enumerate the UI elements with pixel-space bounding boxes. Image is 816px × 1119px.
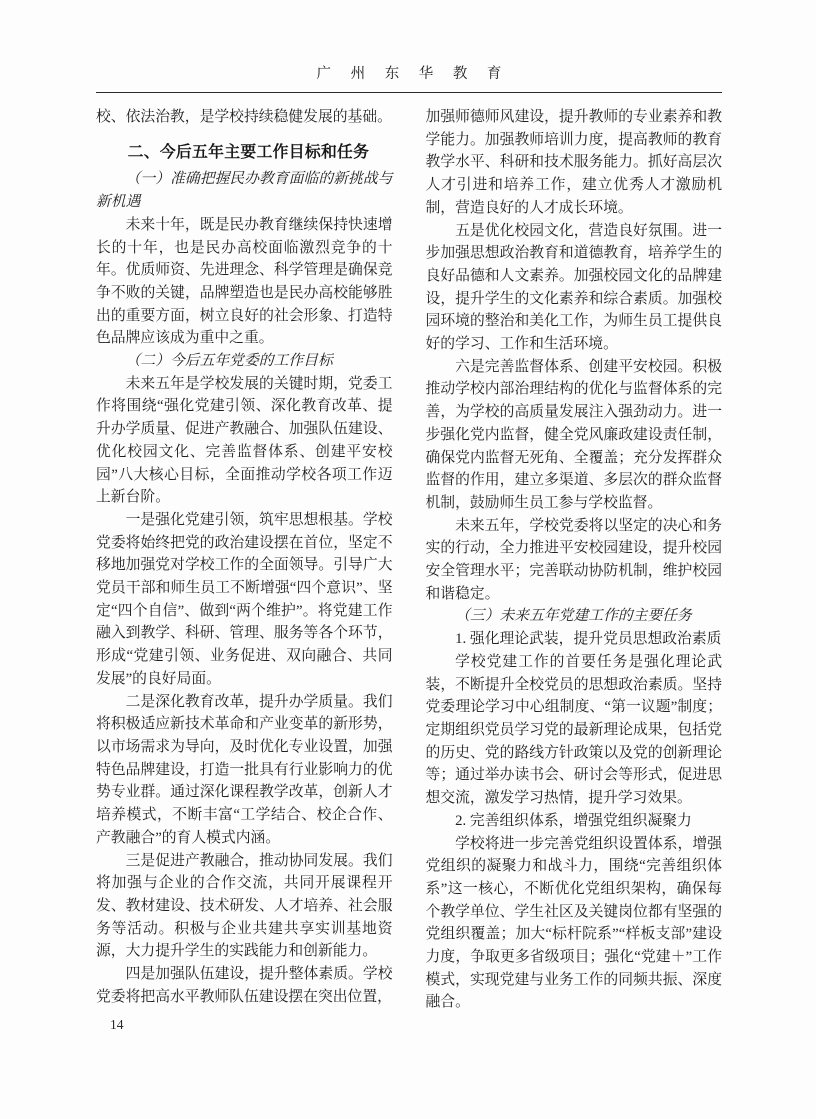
body-paragraph: 未来五年是学校发展的关键时期，党委工作将围绕“强化党建引领、深化教育改革、提升办… xyxy=(96,373,393,509)
numbered-item-heading: 2. 完善组织体系，增强党组织凝聚力 xyxy=(426,810,723,833)
page-header: 广 州 东 华 教 育 xyxy=(96,62,722,93)
subsection-heading: （二）今后五年党委的工作目标 xyxy=(96,350,393,373)
body-paragraph: 学校将进一步完善党组织设置体系，增强党组织的凝聚力和战斗力，围绕“完善组织体系”… xyxy=(426,833,723,1015)
section-heading: 二、今后五年主要工作目标和任务 xyxy=(96,142,393,165)
body-paragraph: 四是加强队伍建设，提升整体素质。学校党委将把高水平教师队伍建设摆在突出位置， xyxy=(96,963,393,1008)
document-page: 广 州 东 华 教 育 校、依法治教，是学校持续稳健发展的基础。 二、今后五年主… xyxy=(0,0,816,1119)
body-paragraph: 一是强化党建引领，筑牢思想根基。学校党委将始终把党的政治建设摆在首位，坚定不移地… xyxy=(96,509,393,691)
subsection-heading: （三）未来五年党建工作的主要任务 xyxy=(426,605,723,628)
subsection-heading: （一）准确把握民办教育面临的新挑战与新机遇 xyxy=(96,168,393,213)
paragraph-continuation: 校、依法治教，是学校持续稳健发展的基础。 xyxy=(96,106,393,129)
right-column: 加强师德师风建设，提升教师的专业素养和教学能力。加强教师培训力度，提高教师的教育… xyxy=(426,106,723,1014)
body-paragraph: 未来十年，既是民办教育继续保持快速增长的十年，也是民办高校面临激烈竞争的十年。优… xyxy=(96,214,393,350)
page-header-title: 广 州 东 华 教 育 xyxy=(96,62,722,83)
body-paragraph: 六是完善监督体系、创建平安校园。积极推动学校内部治理结构的优化与监督体系的完善，… xyxy=(426,356,723,515)
body-paragraph: 未来五年，学校党委将以坚定的决心和务实的行动，全力推进平安校园建设，提升校园安全… xyxy=(426,515,723,606)
left-column: 校、依法治教，是学校持续稳健发展的基础。 二、今后五年主要工作目标和任务 （一）… xyxy=(96,106,393,1014)
body-paragraph: 三是促进产教融合，推动协同发展。我们将加强与企业的合作交流，共同开展课程开发、教… xyxy=(96,850,393,964)
body-paragraph: 学校党建工作的首要任务是强化理论武装，不断提升全校党员的思想政治素质。坚持党委理… xyxy=(426,651,723,810)
numbered-item-heading: 1. 强化理论武装，提升党员思想政治素质 xyxy=(426,628,723,651)
page-number: 14 xyxy=(110,1017,124,1033)
header-rule xyxy=(96,92,722,93)
paragraph-continuation: 加强师德师风建设，提升教师的专业素养和教学能力。加强教师培训力度，提高教师的教育… xyxy=(426,106,723,220)
two-column-body: 校、依法治教，是学校持续稳健发展的基础。 二、今后五年主要工作目标和任务 （一）… xyxy=(96,106,722,1014)
body-paragraph: 二是深化教育改革，提升办学质量。我们将积极适应新技术革命和产业变革的新形势，以市… xyxy=(96,691,393,850)
body-paragraph: 五是优化校园文化，营造良好氛围。进一步加强思想政治教育和道德教育，培养学生的良好… xyxy=(426,220,723,356)
